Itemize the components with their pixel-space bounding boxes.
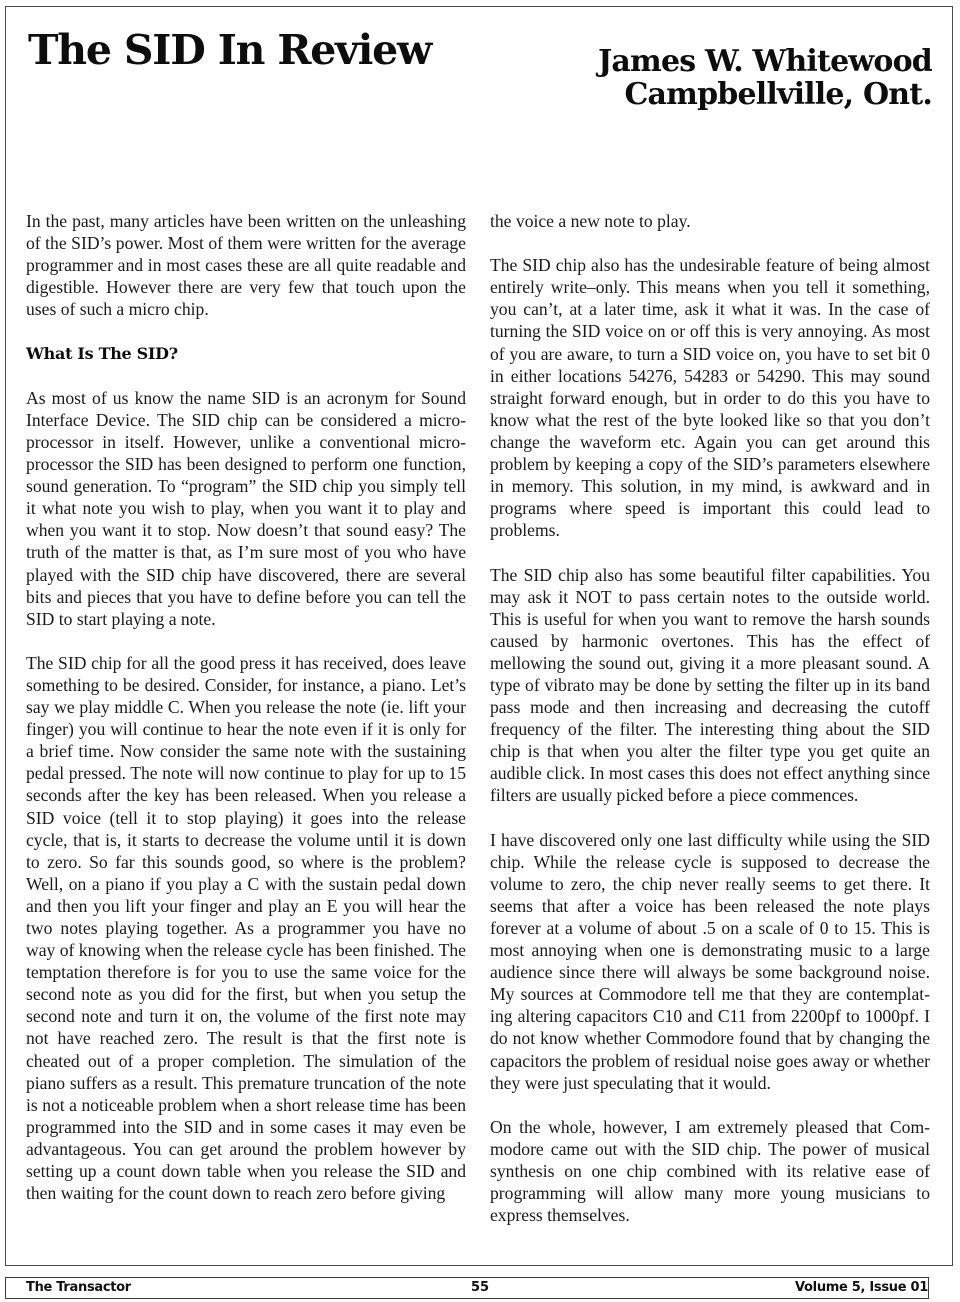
paragraph-what-is-sid: As most of us know the name SID is an ac… [26, 387, 466, 630]
article-title: The SID In Review [28, 30, 431, 71]
author-name: James W. Whitewood [598, 45, 932, 78]
paragraph-intro: In the past, many articles have been wri… [26, 210, 466, 320]
issue-label: Volume 5, Issue 01 [795, 1278, 928, 1297]
byline: James W. Whitewood Campbellville, Ont. [598, 45, 932, 111]
left-column: In the past, many articles have been wri… [26, 210, 466, 1226]
paragraph-residual-noise: I have discovered only one last difficul… [490, 829, 930, 1094]
paragraph-filters: The SID chip also has some beautiful fil… [490, 564, 930, 807]
paragraph-piano-release: The SID chip for all the good press it h… [26, 652, 466, 1204]
paragraph-conclusion: On the whole, however, I am extremely pl… [490, 1116, 930, 1226]
paragraph-write-only: The SID chip also has the undesirable fe… [490, 254, 930, 541]
section-heading: What Is The SID? [26, 343, 466, 365]
publication-name: The Transactor [26, 1278, 131, 1297]
author-location: Campbellville, Ont. [598, 78, 932, 111]
page-number: 55 [471, 1278, 489, 1297]
page-footer: The Transactor 55 Volume 5, Issue 01 [5, 1277, 929, 1299]
paragraph-continuation: the voice a new note to play. [490, 210, 930, 232]
right-column: the voice a new note to play. The SID ch… [490, 210, 930, 1248]
